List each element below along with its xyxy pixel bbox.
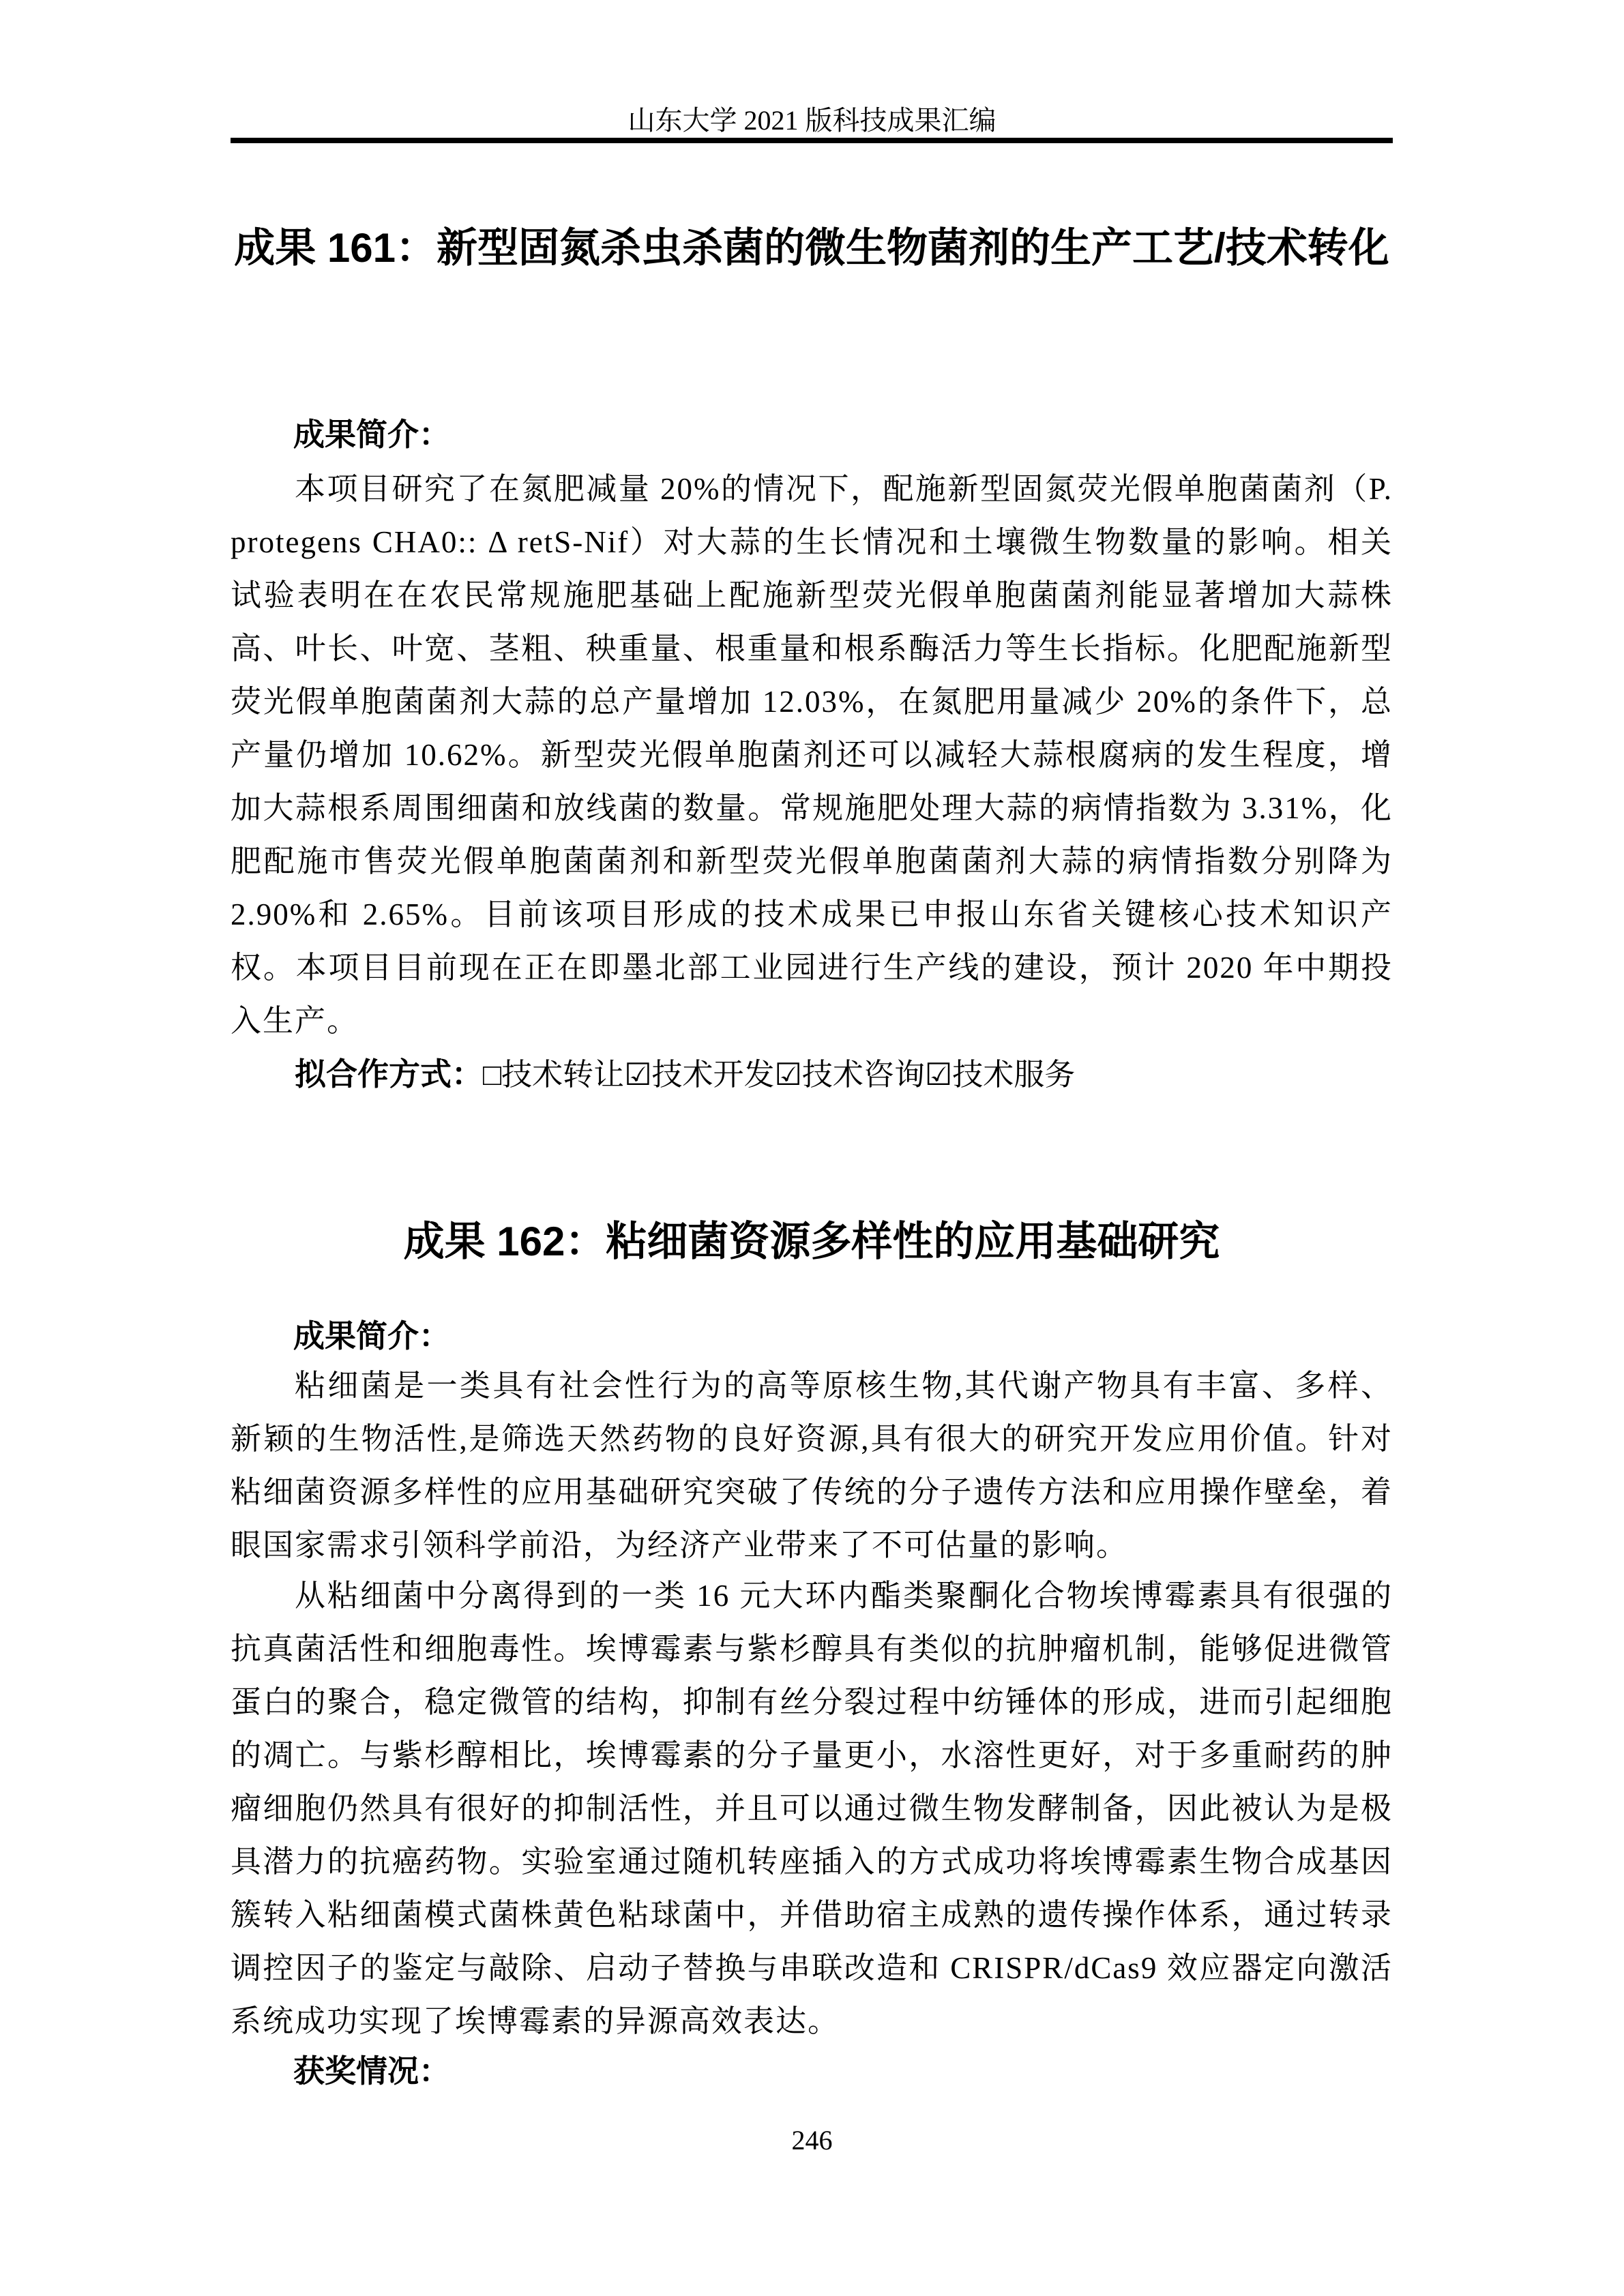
result-162-title: 成果 162：粘细菌资源多样性的应用基础研究 xyxy=(231,1191,1393,1292)
result-162-intro-label: 成果简介： xyxy=(293,1309,450,1362)
checked-checkbox-option: ☑技术开发 xyxy=(624,1058,774,1092)
cooperation-options: □技术转让☑技术开发☑技术咨询☑技术服务 xyxy=(483,1058,1075,1092)
result-162-paragraph-1: 粘细菌是一类具有社会性行为的高等原核生物,其代谢产物具有丰富、多样、新颖的生物活… xyxy=(231,1359,1393,1572)
result-161-intro-label: 成果简介： xyxy=(293,408,450,461)
page-header-title: 山东大学 2021 版科技成果汇编 xyxy=(0,102,1624,139)
cooperation-line: 拟合作方式：□技术转让☑技术开发☑技术咨询☑技术服务 xyxy=(231,1047,1393,1101)
cooperation-label: 拟合作方式： xyxy=(295,1056,483,1092)
unchecked-checkbox-option: □技术转让 xyxy=(483,1058,624,1092)
header-divider xyxy=(231,138,1393,143)
awards-label: 获奖情况： xyxy=(293,2044,450,2098)
result-162-paragraph-2: 从粘细菌中分离得到的一类 16 元大环内酯类聚酮化合物埃博霉素具有很强的抗真菌活… xyxy=(231,1569,1393,2048)
checked-checkbox-option: ☑技术咨询 xyxy=(775,1058,925,1092)
checked-checkbox-option: ☑技术服务 xyxy=(925,1058,1075,1092)
result-161-intro-paragraph: 本项目研究了在氮肥减量 20%的情况下，配施新型固氮荧光假单胞菌菌剂（P. pr… xyxy=(231,462,1393,1047)
page-number: 246 xyxy=(0,2122,1624,2159)
page-container: 山东大学 2021 版科技成果汇编 成果 161：新型固氮杀虫杀菌的微生物菌剂的… xyxy=(0,0,1624,2296)
result-161-title: 成果 161：新型固氮杀虫杀菌的微生物菌剂的生产工艺/技术转化 xyxy=(231,198,1393,298)
